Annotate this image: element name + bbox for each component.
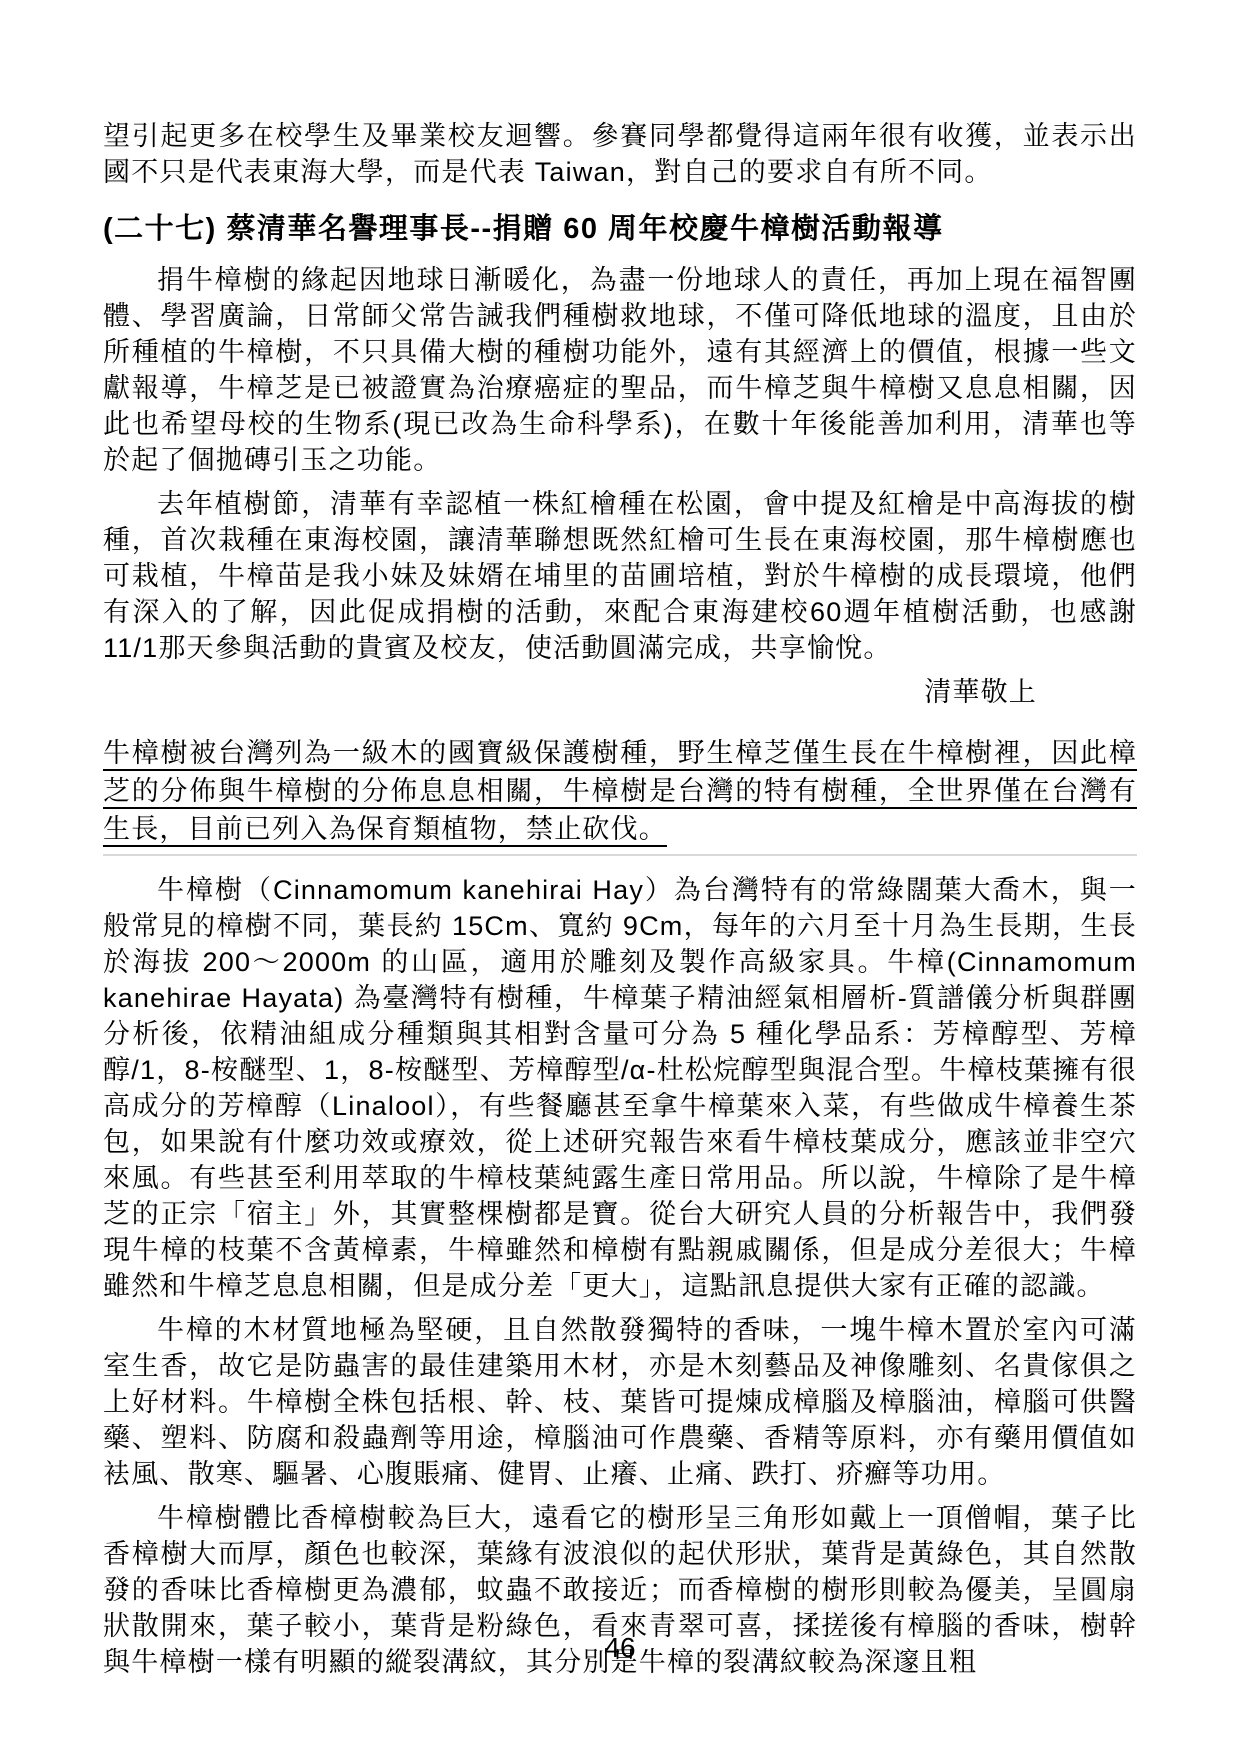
section-paragraph-1: 捐牛樟樹的緣起因地球日漸暖化，為盡一份地球人的責任，再加上現在福智團體、學習廣論…: [103, 262, 1137, 478]
highlighted-note: 牛樟樹被台灣列為一級木的國寶級保護樹種，野生樟芝僅生長在牛樟樹裡，因此樟芝的分佈…: [103, 734, 1137, 848]
divider-rule: [103, 854, 1137, 856]
signature: 清華敬上: [103, 674, 1137, 710]
page-number: 46: [0, 1632, 1240, 1664]
section-paragraph-2: 去年植樹節，清華有幸認植一株紅檜種在松園，會中提及紅檜是中高海拔的樹種，首次栽種…: [103, 486, 1137, 666]
lead-paragraph: 望引起更多在校學生及畢業校友迴響。參賽同學都覺得這兩年很有收獲，並表示出國不只是…: [103, 118, 1137, 190]
section-heading: (二十七) 蔡清華名譽理事長--捐贈 60 周年校慶牛樟樹活動報導: [103, 210, 1137, 248]
body-paragraph-1: 牛樟樹（Cinnamomum kanehirai Hay）為台灣特有的常綠闊葉大…: [103, 872, 1137, 1304]
document-page: 望引起更多在校學生及畢業校友迴響。參賽同學都覺得這兩年很有收獲，並表示出國不只是…: [0, 0, 1240, 1753]
body-paragraph-2: 牛樟的木材質地極為堅硬，且自然散發獨特的香味，一塊牛樟木置於室內可滿室生香，故它…: [103, 1312, 1137, 1492]
page-content: 望引起更多在校學生及畢業校友迴響。參賽同學都覺得這兩年很有收獲，並表示出國不只是…: [103, 118, 1137, 1688]
